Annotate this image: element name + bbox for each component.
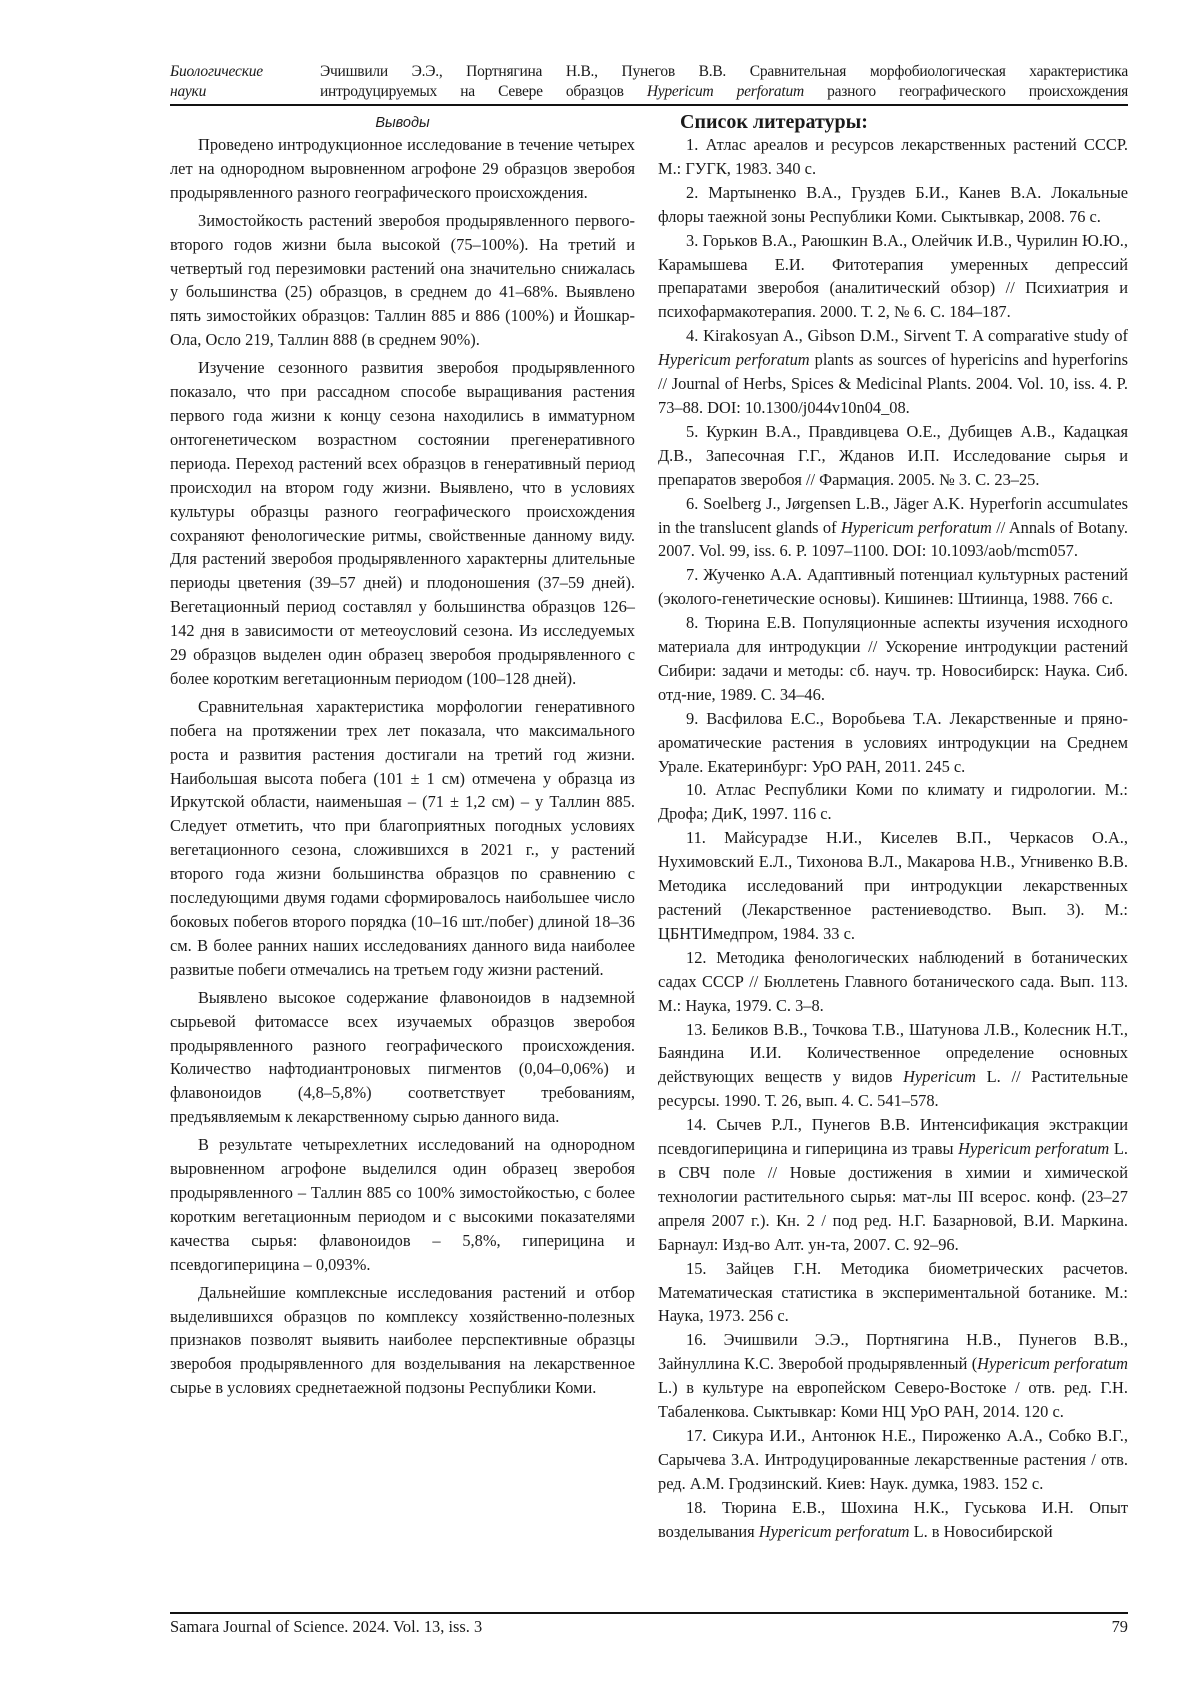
- reference-text: 8. Тюрина Е.В. Популяционные аспекты изу…: [658, 613, 1128, 704]
- reference-item: 16. Эчишвили Э.Э., Портнягина Н.В., Пуне…: [658, 1328, 1128, 1424]
- reference-item: 1. Атлас ареалов и ресурсов лекарственны…: [658, 133, 1128, 181]
- reference-item: 15. Зайцев Г.Н. Методика биометрических …: [658, 1257, 1128, 1329]
- reference-item: 13. Беликов В.В., Точкова Т.В., Шатунова…: [658, 1018, 1128, 1114]
- reference-text: 2. Мартыненко В.А., Груздев Б.И., Канев …: [658, 183, 1128, 226]
- reference-item: 11. Майсурадзе Н.И., Киселев В.П., Черка…: [658, 826, 1128, 946]
- reference-text: 5. Куркин В.А., Правдивцева О.Е., Дубище…: [658, 422, 1128, 489]
- reference-text: L. в Новосибирской: [909, 1522, 1052, 1541]
- left-column: Выводы Проведено интродукционное исследо…: [170, 111, 635, 1543]
- conclusions-paragraph: Сравнительная характеристика морфологии …: [170, 695, 635, 982]
- header-title-line1: Эчишвили Э.Э., Портнягина Н.В., Пунегов …: [320, 62, 1128, 82]
- conclusions-paragraph: Выявлено высокое содержание флавоноидов …: [170, 986, 635, 1129]
- reference-item: 12. Методика фенологических наблюдений в…: [658, 946, 1128, 1018]
- header-title-text: разного географического происхождения: [804, 83, 1128, 100]
- reference-species-italic: Hypericum perforatum: [958, 1139, 1109, 1158]
- conclusions-heading: Выводы: [170, 113, 635, 133]
- page-number: 79: [1112, 1616, 1128, 1638]
- conclusions-paragraph: В результате четырехлетних исследований …: [170, 1133, 635, 1276]
- reference-item: 5. Куркин В.А., Правдивцева О.Е., Дубище…: [658, 420, 1128, 492]
- reference-item: 7. Жученко А.А. Адаптивный потенциал кул…: [658, 563, 1128, 611]
- reference-item: 18. Тюрина Е.В., Шохина Н.К., Гуськова И…: [658, 1496, 1128, 1544]
- header-title-text: интродуцируемых на Севере образцов: [320, 83, 647, 100]
- page-footer: Samara Journal of Science. 2024. Vol. 13…: [170, 1612, 1128, 1638]
- conclusions-paragraph: Изучение сезонного развития зверобоя про…: [170, 356, 635, 691]
- running-header: Биологические науки Эчишвили Э.Э., Портн…: [170, 62, 1128, 106]
- reference-species-italic: Hypericum: [903, 1067, 976, 1086]
- reference-species-italic: Hypericum perforatum: [658, 350, 810, 369]
- reference-text: 10. Атлас Республики Коми по климату и г…: [658, 780, 1128, 823]
- reference-item: 17. Сикура И.И., Антонюк Н.Е., Пироженко…: [658, 1424, 1128, 1496]
- header-title-species: Hypericum perforatum: [647, 83, 804, 100]
- reference-text: 12. Методика фенологических наблюдений в…: [658, 948, 1128, 1015]
- references-heading: Список литературы:: [680, 111, 1128, 133]
- reference-item: 4. Kirakosyan A., Gibson D.M., Sirvent T…: [658, 324, 1128, 420]
- reference-text: 11. Майсурадзе Н.И., Киселев В.П., Черка…: [658, 828, 1128, 943]
- conclusions-paragraph: Дальнейшие комплексные исследования раст…: [170, 1281, 635, 1401]
- reference-text: 9. Васфилова Е.С., Воробьева Т.А. Лекарс…: [658, 709, 1128, 776]
- reference-text: 15. Зайцев Г.Н. Методика биометрических …: [658, 1259, 1128, 1326]
- header-article-title: Эчишвили Э.Э., Портнягина Н.В., Пунегов …: [320, 62, 1128, 102]
- conclusions-paragraph: Проведено интродукционное исследование в…: [170, 133, 635, 205]
- reference-text: 7. Жученко А.А. Адаптивный потенциал кул…: [658, 565, 1128, 608]
- conclusions-paragraph: Зимостойкость растений зверобоя продыряв…: [170, 209, 635, 352]
- reference-species-italic: Hypericum perforatum: [759, 1522, 910, 1541]
- reference-text: 3. Горьков В.А., Раюшкин В.А., Олейчик И…: [658, 231, 1128, 322]
- reference-item: 9. Васфилова Е.С., Воробьева Т.А. Лекарс…: [658, 707, 1128, 779]
- journal-page: Биологические науки Эчишвили Э.Э., Портн…: [170, 62, 1128, 1543]
- reference-text: 17. Сикура И.И., Антонюк Н.Е., Пироженко…: [658, 1426, 1128, 1493]
- header-section-line2: науки: [170, 82, 320, 102]
- reference-species-italic: Hypericum perforatum: [977, 1354, 1128, 1373]
- reference-list: 1. Атлас ареалов и ресурсов лекарственны…: [658, 133, 1128, 1543]
- reference-item: 2. Мартыненко В.А., Груздев Б.И., Канев …: [658, 181, 1128, 229]
- two-column-body: Выводы Проведено интродукционное исследо…: [170, 111, 1128, 1543]
- reference-item: 8. Тюрина Е.В. Популяционные аспекты изу…: [658, 611, 1128, 707]
- reference-text: L.) в культуре на европейском Северо-Вос…: [658, 1378, 1128, 1421]
- reference-species-italic: Hypericum perforatum: [841, 518, 992, 537]
- reference-text: 1. Атлас ареалов и ресурсов лекарственны…: [658, 135, 1128, 178]
- reference-item: 14. Сычев Р.Л., Пунегов В.В. Интенсифика…: [658, 1113, 1128, 1256]
- journal-citation: Samara Journal of Science. 2024. Vol. 13…: [170, 1616, 482, 1638]
- reference-item: 3. Горьков В.А., Раюшкин В.А., Олейчик И…: [658, 229, 1128, 325]
- header-section: Биологические науки: [170, 62, 320, 102]
- header-section-line1: Биологические: [170, 62, 320, 82]
- reference-item: 10. Атлас Республики Коми по климату и г…: [658, 778, 1128, 826]
- header-title-line2: интродуцируемых на Севере образцов Hyper…: [320, 82, 1128, 102]
- reference-text: 4. Kirakosyan A., Gibson D.M., Sirvent T…: [686, 326, 1128, 345]
- right-column: Список литературы: 1. Атлас ареалов и ре…: [658, 111, 1128, 1543]
- reference-item: 6. Soelberg J., Jørgensen L.B., Jäger A.…: [658, 492, 1128, 564]
